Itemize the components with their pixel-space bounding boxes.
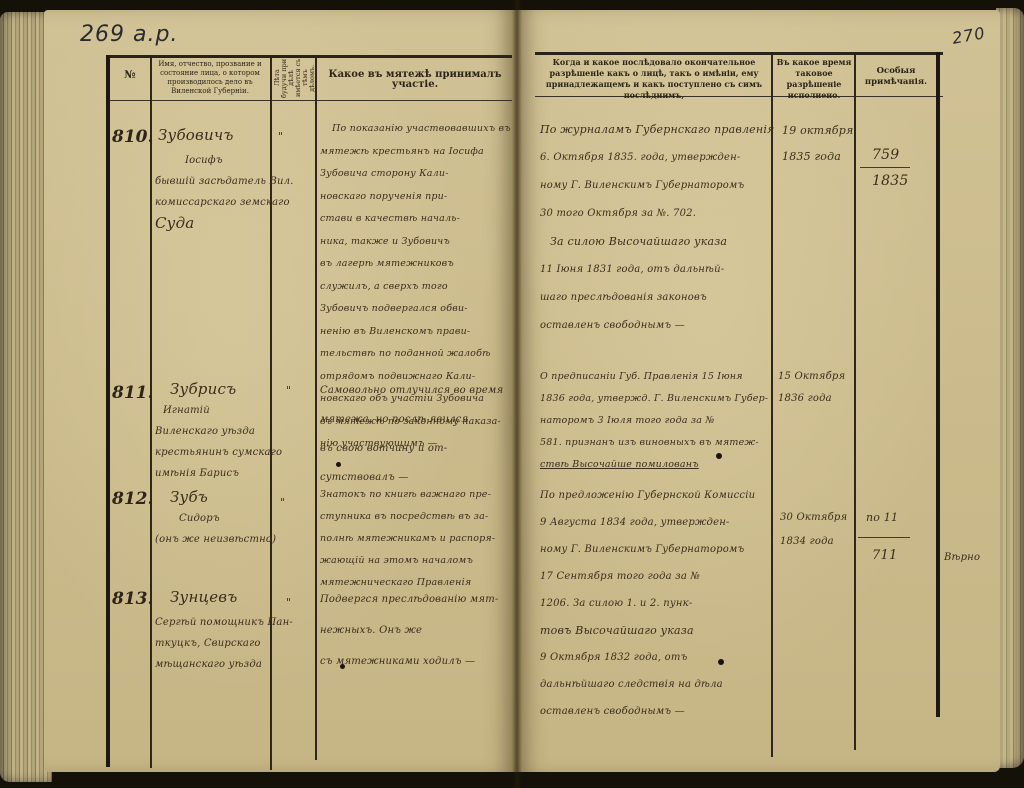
column-divider	[854, 55, 856, 750]
entry-number: 813.	[112, 588, 153, 611]
column-divider	[150, 58, 152, 768]
column-divider	[315, 58, 317, 760]
header-decision: Когда и какое послѣдовало окончательное …	[538, 57, 770, 101]
fraction-line	[858, 537, 910, 538]
notes-fraction-numerator: 759	[872, 144, 899, 167]
entry-status: Іосифъ бывшій засѣдатель Вил. комиссарск…	[155, 150, 294, 234]
ink-stain	[340, 664, 345, 669]
entry-surname: Зунцевъ	[170, 586, 237, 609]
right-margin-rule	[936, 52, 940, 717]
entry-participation: Подвергся преслѣдованію мят- нежныхъ. Он…	[320, 584, 499, 677]
ditto-mark: "	[286, 384, 291, 397]
folio-number-left: 269 а.р.	[80, 22, 178, 47]
entry-number: 810.	[112, 126, 153, 149]
book-gutter	[512, 0, 522, 788]
entry-number: 812.	[112, 488, 153, 511]
entry-decision: По журналамъ Губернскаго правленія 6. Ок…	[540, 116, 775, 340]
entry-participation: Знатокъ по книгѣ важнаго пре- ступника в…	[320, 484, 495, 594]
ditto-mark: "	[286, 596, 291, 609]
entry-remark: Вѣрно	[944, 546, 980, 569]
header-notes: Особыя примѣчанія.	[857, 66, 935, 88]
left-margin-rule	[106, 55, 110, 767]
header-days: Лѣта будучи при дѣлѣ имѣется съ тѣмъ дѣл…	[274, 58, 312, 98]
entry-decision: По предложенію Губернской Комиссіи 9 Авг…	[540, 482, 755, 725]
header-number: №	[112, 70, 148, 80]
header-bottom-rule-left	[108, 100, 512, 101]
entry-surname: Зубовичъ	[158, 124, 234, 147]
table-top-rule-right	[535, 52, 943, 55]
entry-participation: Самовольно отлучился во время мятежа, но…	[320, 376, 503, 492]
entry-number: 811.	[112, 382, 153, 405]
notes-fraction-denominator: 711	[872, 544, 897, 567]
entry-surname: Зубъ	[170, 486, 208, 509]
fraction-line	[860, 167, 910, 168]
entry-status: Сидоръ (онъ же неизвѣстно)	[155, 508, 276, 550]
open-ledger: 269 а.р. 270 № Имя, отчество, прозвание …	[0, 0, 1024, 788]
ink-stain	[336, 462, 341, 467]
entry-surname: Зубрисъ	[170, 378, 236, 401]
page-stack-right	[996, 8, 1024, 768]
notes-fraction-denominator: 1835	[872, 170, 908, 193]
ink-stain	[718, 659, 724, 665]
entry-decision: О предписаніи Губ. Правленія 15 Іюня 183…	[540, 366, 768, 476]
entry-executed-date: 30 Октября 1834 года	[780, 506, 847, 554]
header-executed: Въ какое время таковое разрѣшеніе исполн…	[774, 57, 854, 101]
header-name: Имя, отчество, прозвание и состояние лиц…	[152, 60, 268, 96]
entry-status: Игнатій Виленскаго уѣзда крестьянинъ сум…	[155, 400, 282, 484]
entry-status: Сергѣй помощникъ Пан- ткуцкъ, Свирскаго …	[155, 612, 293, 675]
ditto-mark: "	[278, 130, 283, 143]
entry-executed-date: 15 Октября 1836 года	[778, 366, 845, 410]
ditto-mark: "	[280, 496, 285, 509]
notes-fraction-numerator: по 11	[866, 506, 898, 529]
entry-executed-date: 19 октября 1835 года	[782, 118, 853, 170]
ink-stain	[716, 453, 722, 459]
header-participation: Какое въ мятежѣ принималъ участіе.	[318, 70, 512, 90]
